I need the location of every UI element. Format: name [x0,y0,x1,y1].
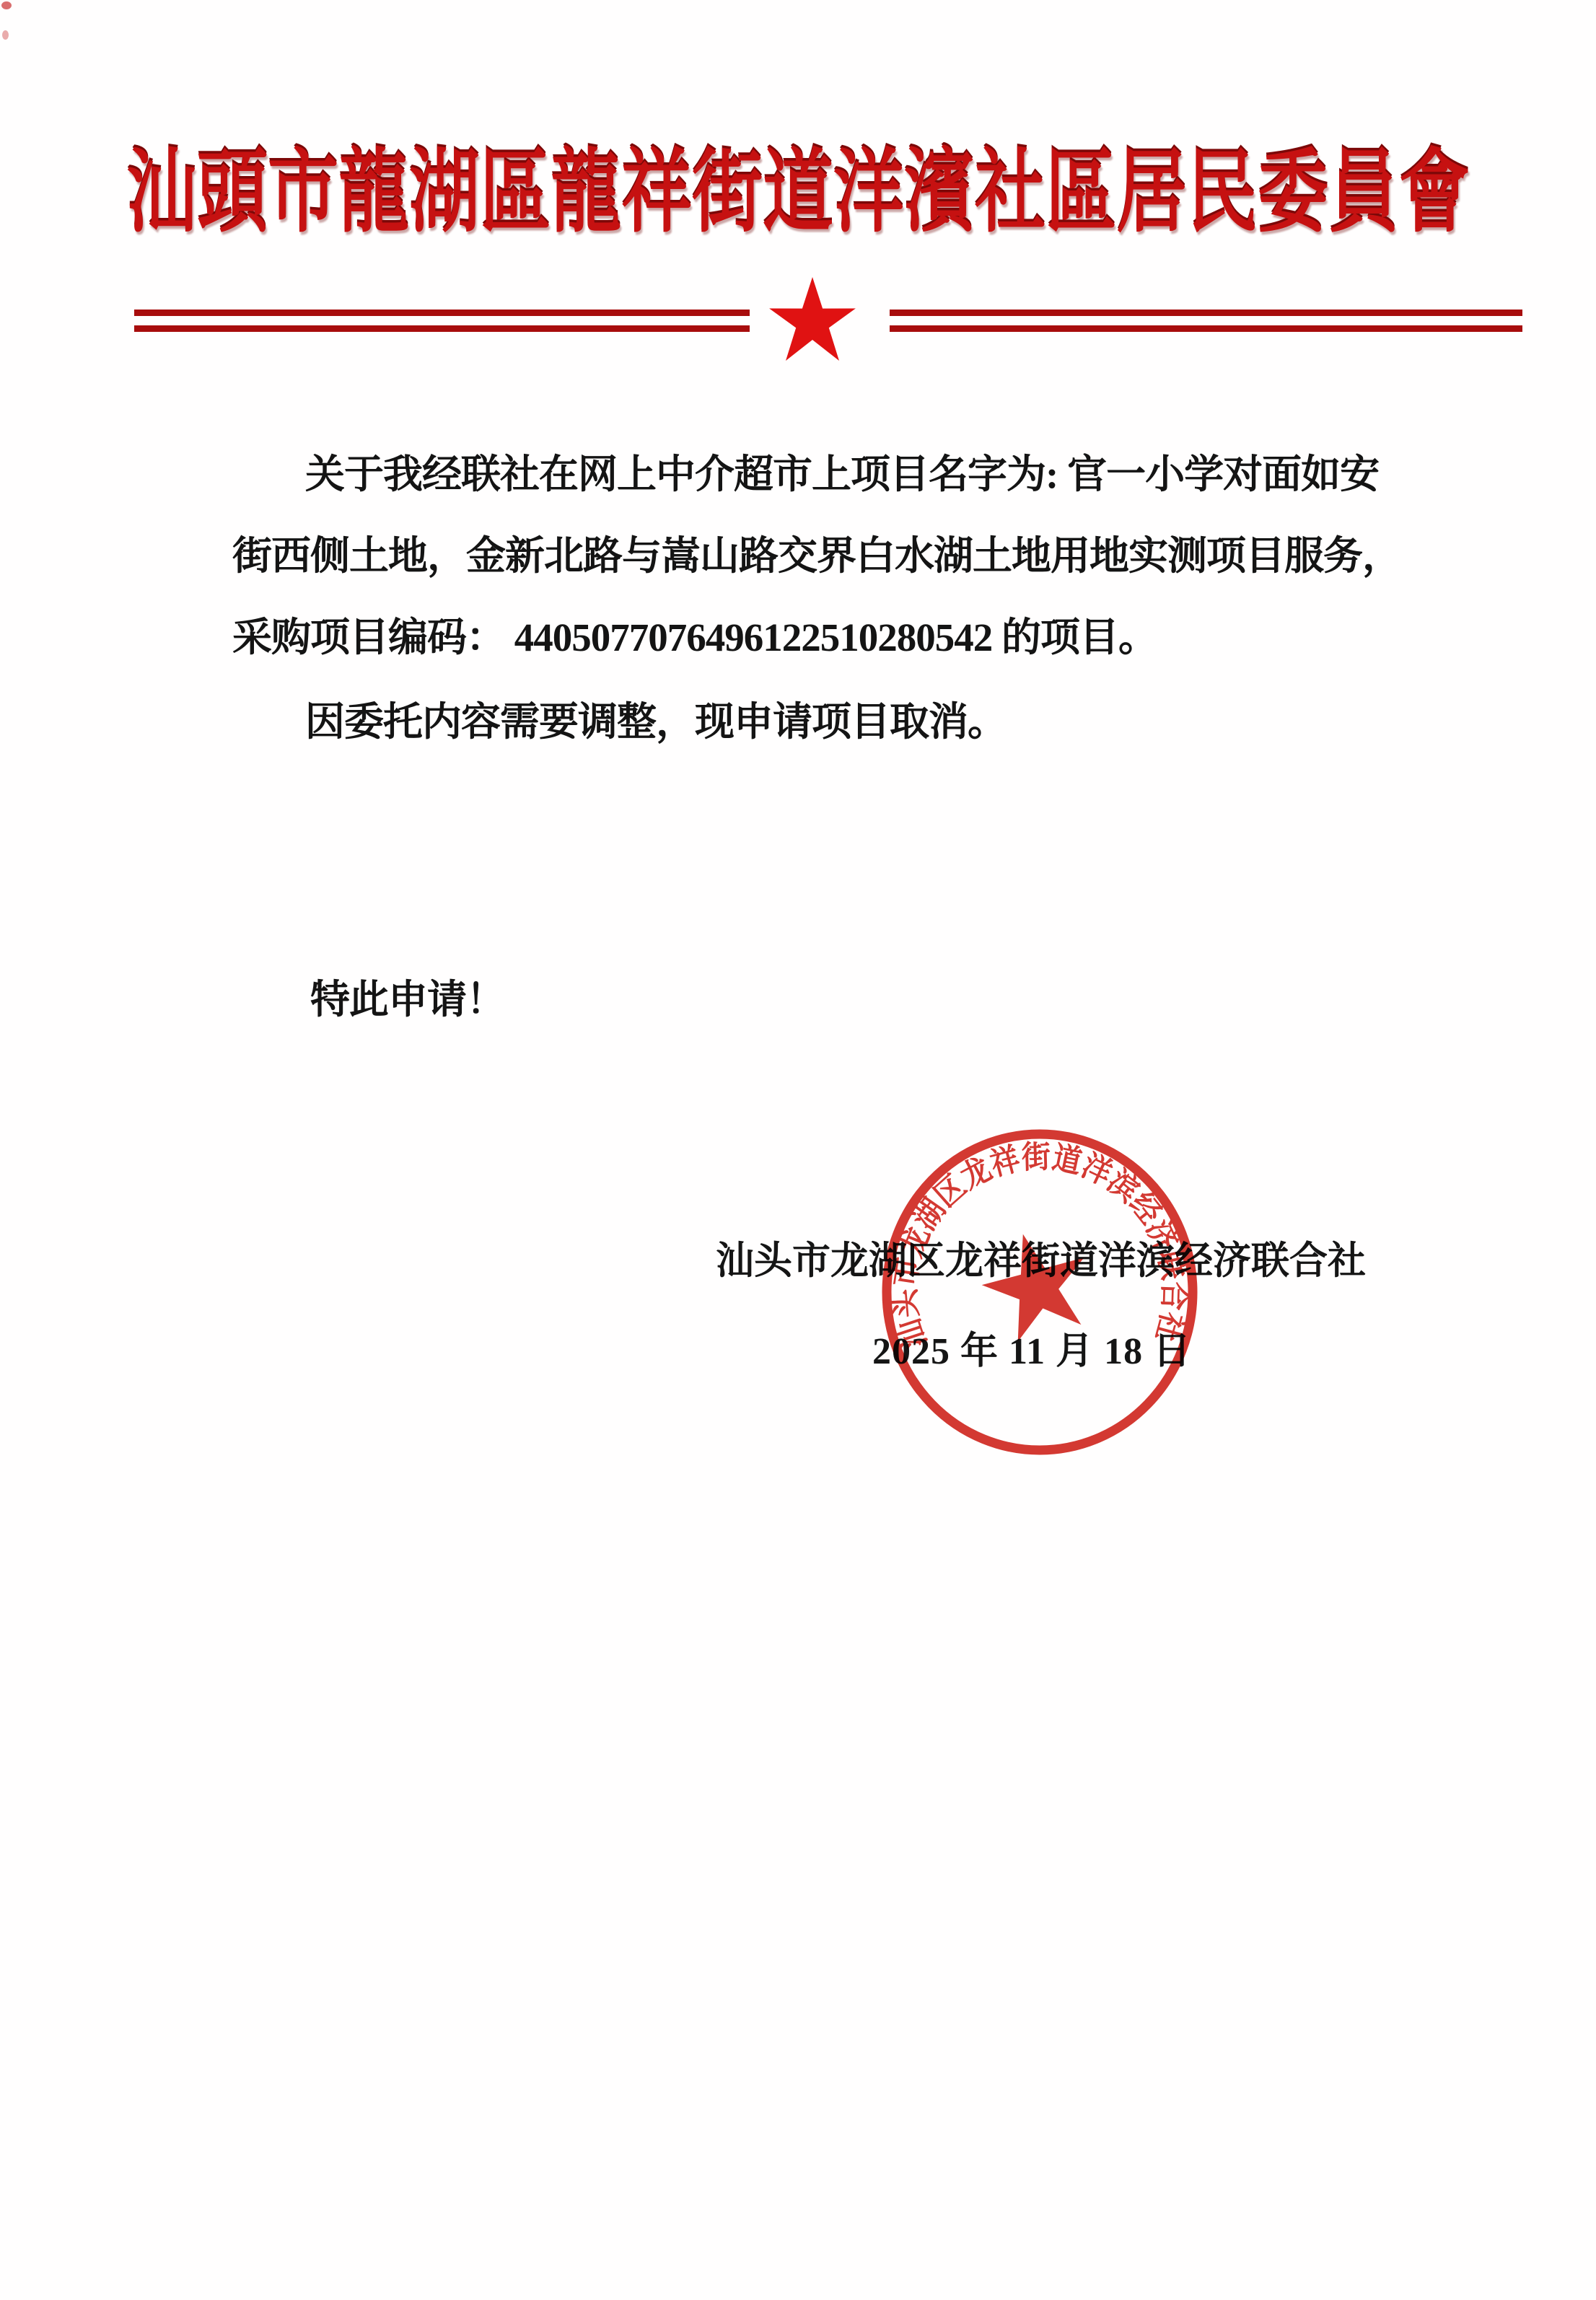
body-line-2: 街西侧土地，金新北路与嵩山路交界白水湖土地用地实测项目服务， [232,536,1401,576]
letterhead-title: 汕頭市龍湖區龍祥街道洋濱社區居民委員會 [0,149,1596,239]
document-page: 汕頭市龍湖區龍祥街道洋濱社區居民委員會 关于我经联社在网上中介超市上项目名字为:… [0,0,1596,2300]
divider-left-line [134,310,750,332]
seal-ring [887,1134,1193,1450]
star-icon [766,275,859,370]
seal-star-icon [972,1221,1101,1347]
body-line-1: 关于我经联社在网上中介超市上项目名字为: 官一小学对面如安 [305,455,1379,494]
body-line-3-procurement-code: 采购项目编码： 4405077076496122510280542 的项目。 [232,618,1157,657]
signature-date: 2025 年 11 月 18 日 [872,1333,1191,1371]
closing-phrase: 特此申请！ [310,980,505,1019]
ink-speck [1,1,12,9]
divider-right-line [890,310,1522,332]
signature-organization: 汕头市龙湖区龙祥街道洋滨经济联合社 [716,1242,1366,1281]
official-seal-stamp: 汕头市龙湖区龙祥街道洋滨经济联合社 [877,1124,1202,1460]
ink-speck [2,30,9,40]
body-line-4: 因委托内容需要调整，现申请项目取消。 [305,702,1007,742]
